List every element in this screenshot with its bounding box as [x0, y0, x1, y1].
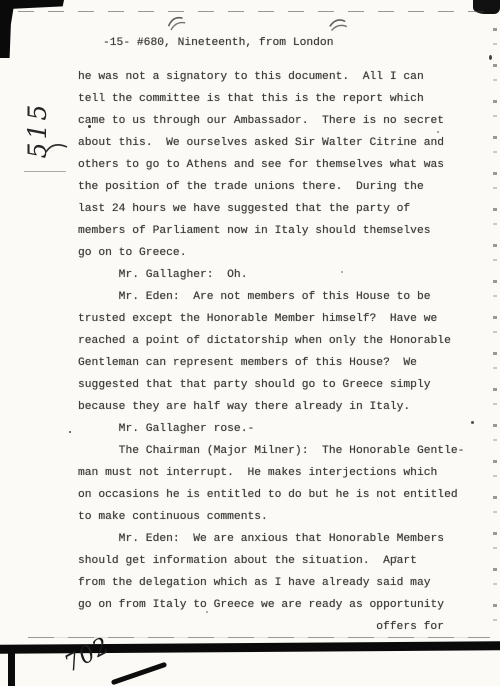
typed-line: on occasions he is entitled to do but he…	[78, 484, 460, 506]
scan-top-edge-line	[18, 11, 492, 12]
typed-line: trusted except the Honorable Member hims…	[78, 308, 460, 330]
scanned-document-page: 515 -15- #680, Nineteenth, from London h…	[0, 0, 500, 686]
typed-line: last 24 hours we have suggested that the…	[78, 198, 460, 220]
typed-line: Mr. Gallagher: Oh.	[78, 264, 460, 286]
typed-line: members of Parliament now in Italy shoul…	[78, 220, 460, 242]
typed-line: go on from Italy to Greece we are ready …	[78, 594, 460, 616]
typed-line: The Chairman (Major Milner): The Honorab…	[78, 440, 460, 462]
typed-line: Mr. Eden: We are anxious that Honorable …	[78, 528, 460, 550]
typed-line: should get information about the situati…	[78, 550, 460, 572]
typed-line: he was not a signatory to this document.…	[78, 66, 460, 88]
continuation-line: offers for	[78, 616, 444, 638]
typed-line: Gentleman can represent members of this …	[78, 352, 460, 374]
typed-line: tell the committee is that this is the r…	[78, 88, 460, 110]
typed-line: because they are half way there already …	[78, 396, 460, 418]
pen-curve-mark	[44, 139, 70, 157]
pen-stroke-mark	[111, 662, 167, 686]
handwritten-bottom-number: 702	[61, 633, 115, 678]
typed-line: about this. We ourselves asked Sir Walte…	[78, 132, 460, 154]
paper-speck	[489, 55, 492, 60]
paper-speck	[88, 125, 91, 128]
scan-corner-top-left-artifact	[0, 0, 64, 58]
scan-left-edge-bar	[8, 649, 15, 686]
typed-line: the position of the trade unions there. …	[78, 176, 460, 198]
paper-speck	[206, 611, 208, 613]
typed-line: man must not interrupt. He makes interje…	[78, 462, 460, 484]
paper-speck	[69, 431, 71, 433]
typed-line: to make continuous comments.	[78, 506, 460, 528]
typed-line: Mr. Gallagher rose.-	[78, 418, 460, 440]
paper-speck	[395, 556, 397, 558]
paper-speck	[437, 131, 439, 133]
typed-line: Mr. Eden: Are not members of this House …	[78, 286, 460, 308]
pencil-dash-mark	[24, 171, 66, 172]
page-header-line: -15- #680, Nineteenth, from London	[103, 37, 334, 49]
typed-line: suggested that that party should go to G…	[78, 374, 460, 396]
paper-speck	[341, 271, 343, 273]
typed-line: go on to Greece.	[78, 242, 460, 264]
ink-smudge	[165, 12, 189, 33]
typed-line: others to go to Athens and see for thems…	[78, 154, 460, 176]
paper-speck	[471, 421, 474, 424]
typed-line: reached a point of dictatorship when onl…	[78, 330, 460, 352]
typed-line: came to us through our Ambassador. There…	[78, 110, 460, 132]
ink-smudge	[327, 14, 350, 33]
typed-body: he was not a signatory to this document.…	[78, 66, 460, 616]
film-edge-marks	[493, 28, 497, 628]
typed-line: from the delegation which as I have alre…	[78, 572, 460, 594]
